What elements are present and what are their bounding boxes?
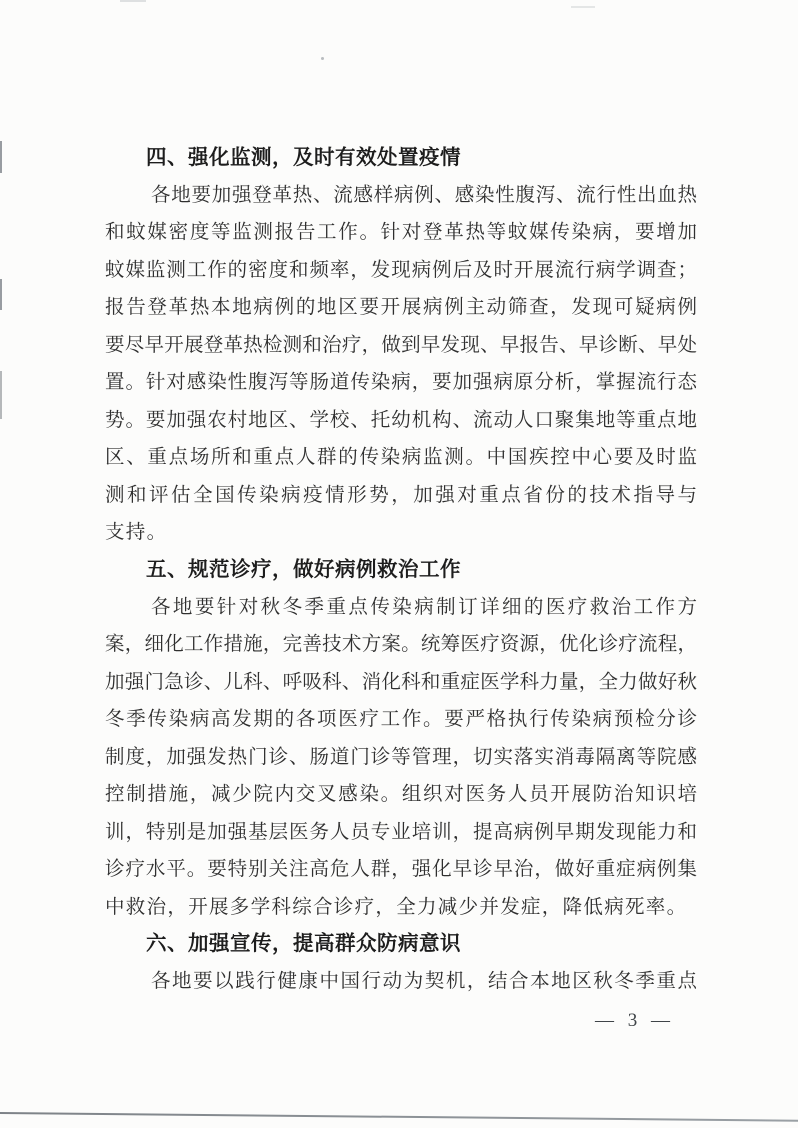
scan-artifact-top-mark: [120, 0, 146, 2]
body-line: 区、重点场所和重点人群的传染病监测。中国疾控中心要及时监: [105, 439, 697, 477]
body-line: 各地要针对秋冬季重点传染病制订详细的医疗救治工作方: [105, 589, 697, 627]
section-heading-publicity: 六、加强宣传，提高群众防病意识: [146, 925, 461, 963]
body-line: 各地要以践行健康中国行动为契机，结合本地区秋冬季重点: [105, 963, 697, 1001]
body-line: 诊疗水平。要特别关注高危人群，强化早诊早治，做好重症病例集: [105, 851, 697, 889]
scan-artifact-top-mark: [571, 6, 595, 8]
body-line: 测和评估全国传染病疫情形势，加强对重点省份的技术指导与: [105, 477, 697, 515]
body-line: 制度，加强发热门诊、肠道门诊等管理，切实落实消毒隔离等院感: [105, 739, 697, 777]
scanned-document-page: 四、强化监测，及时有效处置疫情 各地要加强登革热、流感样病例、感染性腹泻、流行性…: [0, 0, 798, 1128]
scan-artifact-left-edge: [0, 141, 2, 173]
body-line: 和蚊媒密度等监测报告工作。针对登革热等蚊媒传染病，要增加: [105, 214, 697, 252]
body-line: 置。针对感染性腹泻等肠道传染病，要加强病原分析，掌握流行态: [105, 364, 697, 402]
body-line: 冬季传染病高发期的各项医疗工作。要严格执行传染病预检分诊: [105, 701, 697, 739]
scan-artifact-bottom-edge: [0, 1112, 798, 1122]
scan-artifact-left-edge: [0, 279, 2, 310]
body-line: 支持。: [105, 514, 697, 552]
body-line: 加强门急诊、儿科、呼吸科、消化科和重症医学科力量，全力做好秋: [105, 664, 697, 702]
body-line: 报告登革热本地病例的地区要开展病例主动筛查，发现可疑病例: [105, 289, 697, 327]
body-line: 势。要加强农村地区、学校、托幼机构、流动人口聚集地等重点地: [105, 402, 697, 440]
body-line: 案，细化工作措施，完善技术方案。统筹医疗资源，优化诊疗流程，: [105, 626, 697, 664]
body-line: 训，特别是加强基层医务人员专业培训，提高病例早期发现能力和: [105, 814, 697, 852]
body-line: 中救治，开展多学科综合诊疗，全力减少并发症，降低病死率。: [105, 889, 697, 927]
scan-artifact-speck: [321, 57, 324, 60]
page-number: — 3 —: [583, 1002, 683, 1040]
body-line: 控制措施，减少院内交叉感染。组织对医务人员开展防治知识培: [105, 776, 697, 814]
scan-artifact-left-edge: [0, 371, 2, 419]
section-heading-treatment: 五、规范诊疗，做好病例救治工作: [146, 551, 461, 589]
section-heading-monitoring: 四、强化监测，及时有效处置疫情: [146, 139, 461, 177]
body-line: 蚊媒监测工作的密度和频率，发现病例后及时开展流行病学调查；: [105, 252, 697, 290]
body-line: 要尽早开展登革热检测和治疗，做到早发现、早报告、早诊断、早处: [105, 327, 697, 365]
body-line: 各地要加强登革热、流感样病例、感染性腹泻、流行性出血热: [105, 177, 697, 215]
